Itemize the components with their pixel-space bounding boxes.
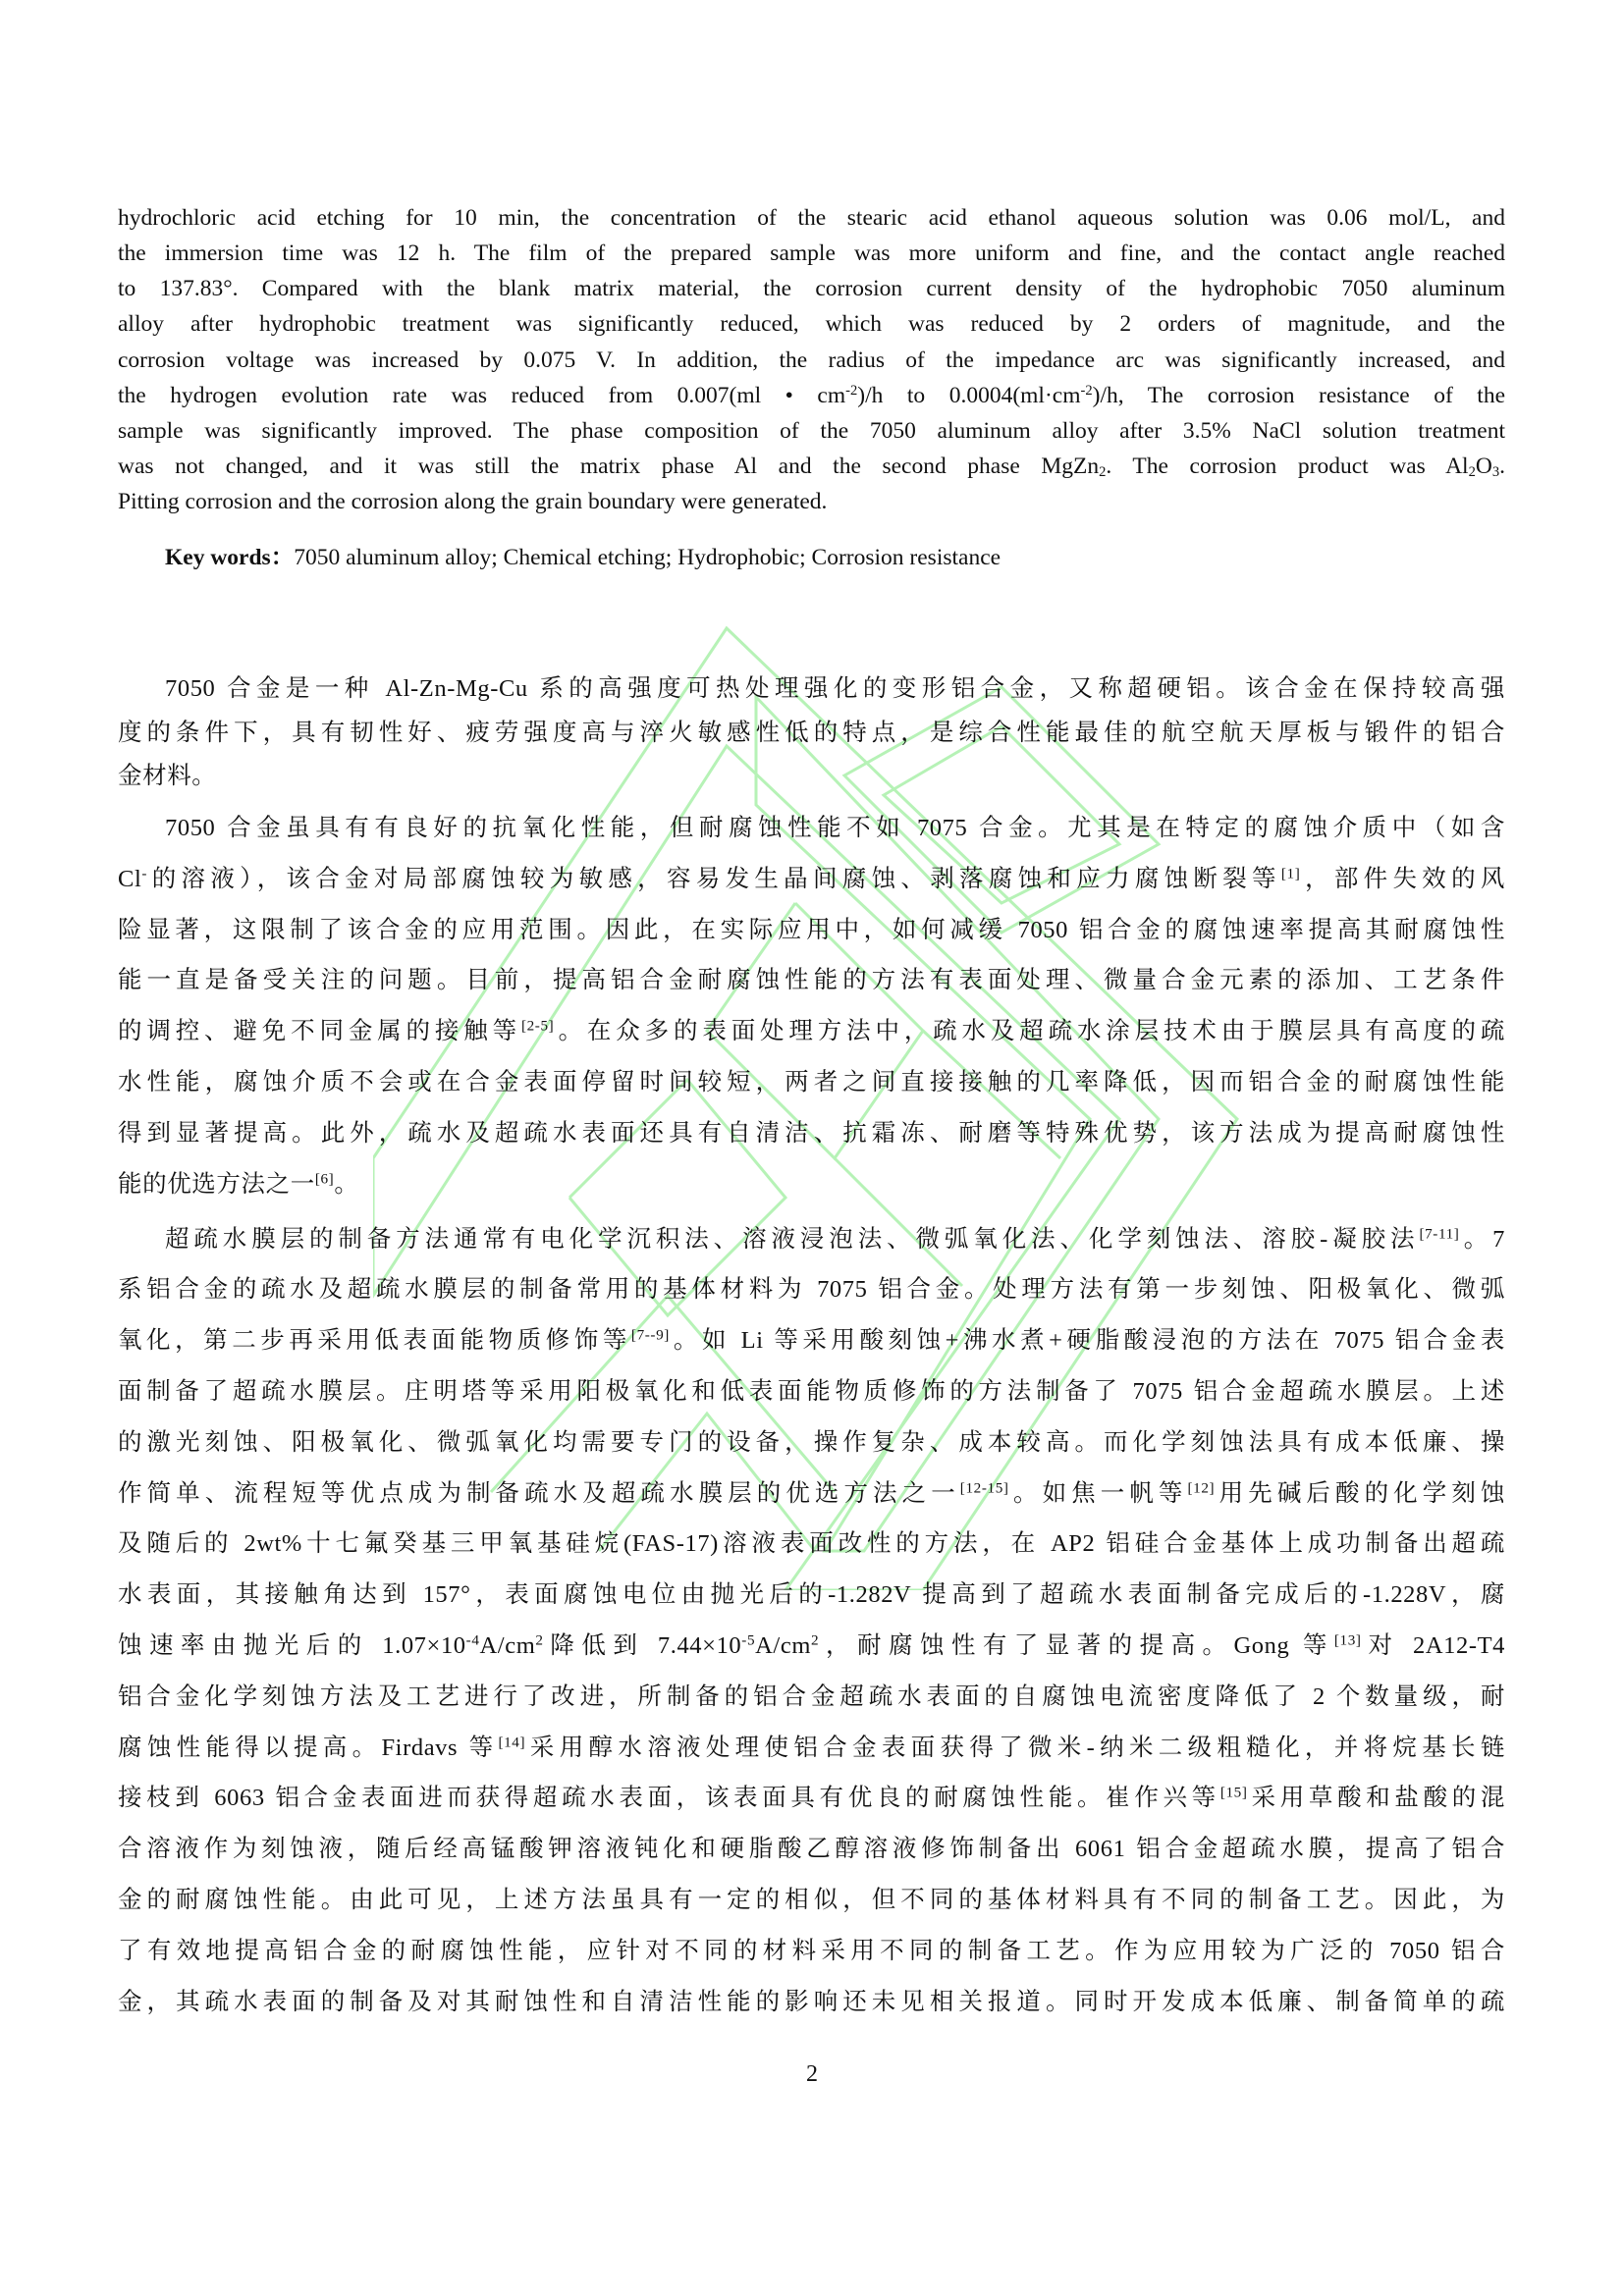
- text-span: 作简单、流程短等优点成为制备疏水及超疏水膜层的优选方法之一: [118, 1480, 960, 1507]
- text-span: )/h, The corrosion resistance of the: [1093, 383, 1505, 408]
- text-span: 腐蚀性能得以提高。Firdavs 等: [118, 1735, 498, 1761]
- citation-ref: [7-11]: [1419, 1226, 1459, 1243]
- text-span: 超疏水膜层的制备方法通常有电化学沉积法、溶液浸泡法、微弧氧化法、化学刻蚀法、溶胶…: [165, 1226, 1419, 1253]
- abstract-line: Pitting corrosion and the corrosion alon…: [118, 488, 1505, 515]
- text-span: 。7: [1459, 1226, 1505, 1253]
- text-span: 对 2A12-T4: [1362, 1632, 1505, 1659]
- text-span: ，耐腐蚀性有了显著的提高。Gong 等: [819, 1632, 1334, 1659]
- abstract-line: alloy after hydrophobic treatment was si…: [118, 310, 1505, 338]
- citation-ref: [1]: [1281, 866, 1301, 882]
- superscript: 2: [811, 1632, 819, 1649]
- abstract-line: to 137.83°. Compared with the blank matr…: [118, 275, 1505, 302]
- text-span: 用先碱后酸的化学刻蚀: [1215, 1480, 1505, 1507]
- paragraph-line: 的激光刻蚀、阳极氧化、微弧氧化均需要专门的设备，操作复杂、成本较高。而化学刻蚀法…: [118, 1428, 1505, 1458]
- document-page: hydrochloric acid etching for 10 min, th…: [0, 0, 1624, 2296]
- citation-ref: [7--9]: [631, 1327, 670, 1344]
- abstract-line: was not changed, and it was still the ma…: [118, 453, 1505, 480]
- text-span: A/cm: [480, 1632, 536, 1659]
- keywords-value: 7050 aluminum alloy; Chemical etching; H…: [294, 545, 1001, 570]
- text-span: the hydrogen evolution rate was reduced …: [118, 383, 845, 408]
- subscript: 2: [1469, 464, 1476, 480]
- paragraph-line: 7050 合金是一种 Al-Zn-Mg-Cu 系的高强度可热处理强化的变形铝合金…: [165, 674, 1505, 704]
- superscript: -5: [741, 1632, 755, 1649]
- paragraph-line: 金材料。: [118, 762, 1505, 791]
- paragraph-line: Cl-的溶液），该合金对局部腐蚀较为敏感，容易发生晶间腐蚀、剥落腐蚀和应力腐蚀断…: [118, 865, 1505, 894]
- citation-ref: [13]: [1334, 1632, 1362, 1649]
- text-span: 。如 Li 等采用酸刻蚀+沸水煮+硬脂酸浸泡的方法在 7075 铝合金表: [670, 1327, 1505, 1354]
- paragraph-line: 铝合金化学刻蚀方法及工艺进行了改进，所制备的铝合金超疏水表面的自腐蚀电流密度降低…: [118, 1682, 1505, 1712]
- text-span: 。在众多的表面处理方法中，疏水及超疏水涂层技术由于膜层具有高度的疏: [554, 1018, 1505, 1044]
- paragraph-line: 的调控、避免不同金属的接触等[2-5]。在众多的表面处理方法中，疏水及超疏水涂层…: [118, 1017, 1505, 1046]
- text-span: O: [1476, 454, 1492, 479]
- paragraph-line: 能的优选方法之一[6]。: [118, 1170, 1505, 1200]
- paragraph-line: 面制备了超疏水膜层。庄明塔等采用阳极氧化和低表面能物质修饰的方法制备了 7075…: [118, 1377, 1505, 1407]
- text-span: 采用醇水溶液处理使铝合金表面获得了微米-纳米二级粗糙化，并将烷基长链: [525, 1735, 1505, 1761]
- paragraph-line: 腐蚀性能得以提高。Firdavs 等[14]采用醇水溶液处理使铝合金表面获得了微…: [118, 1734, 1505, 1763]
- superscript: 2: [535, 1632, 543, 1649]
- paragraph-line: 水性能，腐蚀介质不会或在合金表面停留时间较短，两者之间直接接触的几率降低，因而铝…: [118, 1068, 1505, 1097]
- text-span: 接枝到 6063 铝合金表面进而获得超疏水表面，该表面具有优良的耐腐蚀性能。崔作…: [118, 1785, 1220, 1811]
- page-number: 2: [0, 2061, 1624, 2088]
- text-span: )/h to 0.0004(ml·cm: [857, 383, 1080, 408]
- paragraph-line: 度的条件下，具有韧性好、疲劳强度高与淬火敏感性低的特点，是综合性能最佳的航空航天…: [118, 719, 1505, 748]
- paragraph-line: 险显著，这限制了该合金的应用范围。因此，在实际应用中，如何减缓 7050 铝合金…: [118, 916, 1505, 945]
- superscript: -4: [466, 1632, 480, 1649]
- text-span: A/cm: [755, 1632, 811, 1659]
- citation-ref: [12]: [1188, 1480, 1216, 1497]
- paragraph-line: 金的耐腐蚀性能。由此可见，上述方法虽具有一定的相似，但不同的基体材料具有不同的制…: [118, 1886, 1505, 1915]
- text-span: 蚀速率由抛光后的 1.07×10: [118, 1632, 466, 1659]
- paragraph-line: 氧化，第二步再采用低表面能物质修饰等[7--9]。如 Li 等采用酸刻蚀+沸水煮…: [118, 1326, 1505, 1356]
- paragraph-line: 超疏水膜层的制备方法通常有电化学沉积法、溶液浸泡法、微弧氧化法、化学刻蚀法、溶胶…: [165, 1225, 1505, 1255]
- text-span: . The corrosion product was Al: [1106, 454, 1468, 479]
- keywords-label: Key words：: [165, 545, 294, 570]
- abstract-line: the immersion time was 12 h. The film of…: [118, 240, 1505, 267]
- keywords: Key words：7050 aluminum alloy; Chemical …: [165, 544, 1505, 571]
- text-span: 能的优选方法之一: [118, 1171, 315, 1198]
- abstract-line: the hydrogen evolution rate was reduced …: [118, 382, 1505, 409]
- paragraph-line: 能一直是备受关注的问题。目前，提高铝合金耐腐蚀性能的方法有表面处理、微量合金元素…: [118, 966, 1505, 995]
- text-span: 的溶液），该合金对局部腐蚀较为敏感，容易发生晶间腐蚀、剥落腐蚀和应力腐蚀断裂等: [147, 866, 1281, 892]
- citation-ref: [6]: [315, 1171, 335, 1188]
- paragraph-line: 7050 合金虽具有有良好的抗氧化性能，但耐腐蚀性能不如 7075 合金。尤其是…: [165, 814, 1505, 843]
- paragraph-line: 得到显著提高。此外，疏水及超疏水表面还具有自清洁、抗霜冻、耐磨等特殊优势，该方法…: [118, 1119, 1505, 1148]
- text-span: ，部件失效的风: [1300, 866, 1505, 892]
- citation-ref: [12-15]: [960, 1480, 1009, 1497]
- text-span: 氧化，第二步再采用低表面能物质修饰等: [118, 1327, 631, 1354]
- text-span: 。如焦一帆等: [1009, 1480, 1188, 1507]
- superscript: -2: [1081, 383, 1093, 399]
- text-span: .: [1499, 454, 1505, 479]
- text-span: was not changed, and it was still the ma…: [118, 454, 1099, 479]
- citation-ref: [14]: [498, 1735, 525, 1751]
- abstract-line: hydrochloric acid etching for 10 min, th…: [118, 204, 1505, 232]
- paragraph-line: 作简单、流程短等优点成为制备疏水及超疏水膜层的优选方法之一[12-15]。如焦一…: [118, 1479, 1505, 1509]
- abstract-line: corrosion voltage was increased by 0.075…: [118, 347, 1505, 374]
- paragraph-line: 了有效地提高铝合金的耐腐蚀性能，应针对不同的材料采用不同的制备工艺。作为应用较为…: [118, 1937, 1505, 1966]
- paragraph-line: 系铝合金的疏水及超疏水膜层的制备常用的基体材料为 7075 铝合金。处理方法有第…: [118, 1275, 1505, 1305]
- text-span: 的调控、避免不同金属的接触等: [118, 1018, 521, 1044]
- abstract-line: sample was significantly improved. The p…: [118, 417, 1505, 445]
- paragraph-line: 及随后的 2wt%十七氟癸基三甲氧基硅烷(FAS-17)溶液表面改性的方法，在 …: [118, 1529, 1505, 1559]
- text-span: Cl: [118, 866, 141, 892]
- citation-ref: [15]: [1220, 1785, 1248, 1801]
- paragraph-line: 接枝到 6063 铝合金表面进而获得超疏水表面，该表面具有优良的耐腐蚀性能。崔作…: [118, 1784, 1505, 1813]
- text-span: 降低到 7.44×10: [544, 1632, 742, 1659]
- paragraph-line: 合溶液作为刻蚀液，随后经高锰酸钾溶液钝化和硬脂酸乙醇溶液修饰制备出 6061 铝…: [118, 1835, 1505, 1864]
- text-span: 。: [334, 1171, 358, 1198]
- paragraph-line: 水表面，其接触角达到 157°，表面腐蚀电位由抛光后的-1.282V 提高到了超…: [118, 1580, 1505, 1610]
- superscript: -2: [845, 383, 857, 399]
- paragraph-line: 金，其疏水表面的制备及对其耐蚀性和自清洁性能的影响还未见相关报道。同时开发成本低…: [118, 1988, 1505, 2017]
- paragraph-line: 蚀速率由抛光后的 1.07×10-4A/cm2降低到 7.44×10-5A/cm…: [118, 1631, 1505, 1661]
- text-span: 采用草酸和盐酸的混: [1248, 1785, 1505, 1811]
- citation-ref: [2-5]: [521, 1018, 554, 1035]
